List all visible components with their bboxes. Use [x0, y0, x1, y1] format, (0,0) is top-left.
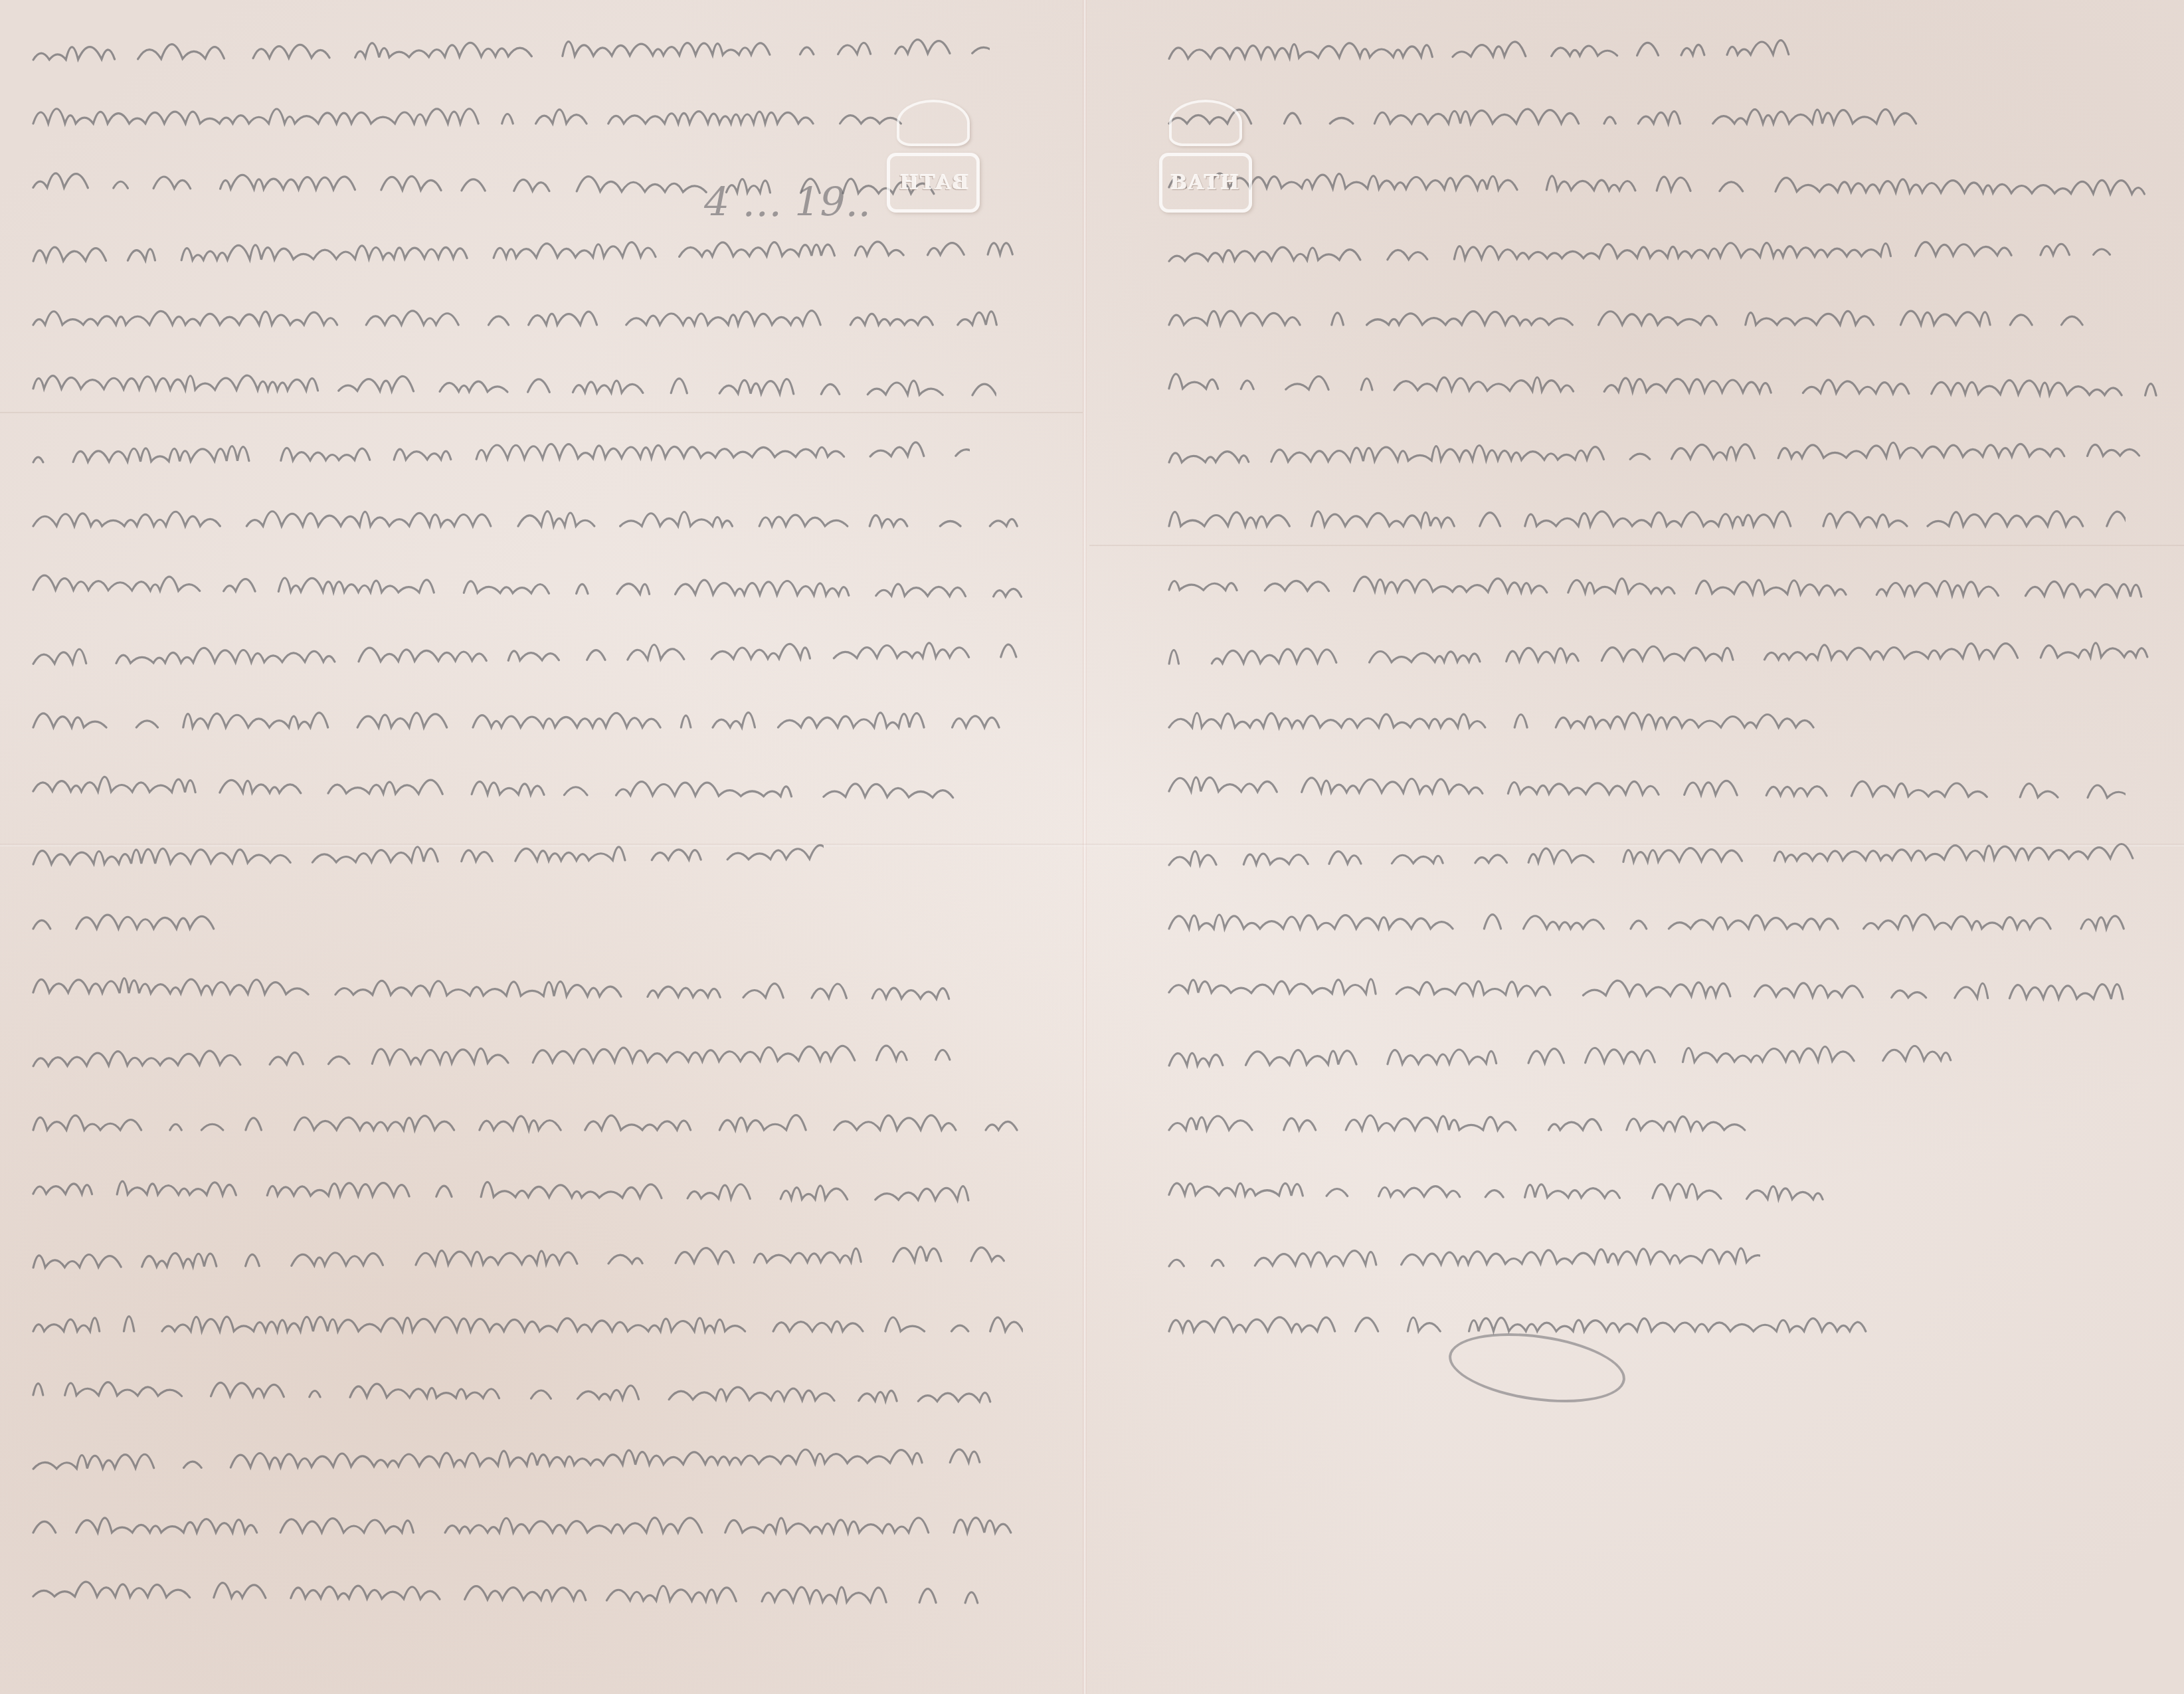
- handwritten-line: line 10: [1162, 627, 2159, 680]
- handwritten-line: line 3: [1162, 157, 2145, 211]
- handwritten-line: line 15: [27, 963, 990, 1016]
- handwritten-line: line 17: [1162, 1100, 1760, 1147]
- handwritten-line: line 2 (contains date fragment): [27, 94, 903, 140]
- handwritten-line: line 14: [1162, 899, 2126, 945]
- handwritten-line: line 15: [1162, 963, 2145, 1016]
- embossed-stamp: BATH: [1156, 100, 1255, 233]
- handwritten-line: line 8: [27, 496, 1030, 543]
- handwritten-line: line 12: [1162, 761, 2126, 814]
- handwritten-line: line 6: [1162, 359, 2159, 412]
- center-fold: [1083, 0, 1087, 1694]
- handwritten-line: line 7: [27, 426, 970, 479]
- handwritten-line: line 9: [1162, 560, 2145, 613]
- crown-icon: [1169, 100, 1242, 146]
- stamp-text: BATH: [898, 171, 968, 195]
- handwritten-line: line 12: [27, 761, 990, 814]
- handwritten-line: line 2: [1162, 94, 1926, 140]
- right-page: line 1line 2line 3line 4line 5line 6line…: [1089, 0, 2184, 1694]
- handwritten-line: line 16: [1162, 1030, 1959, 1082]
- handwritten-line: line 14: [27, 899, 226, 945]
- handwritten-line: line 16: [27, 1030, 956, 1083]
- handwritten-line: line 10: [27, 627, 1036, 681]
- handwritten-line: line 11: [1162, 698, 1827, 744]
- handwritten-line: line 11: [27, 698, 1010, 744]
- handwritten-line: line 1: [1162, 25, 1827, 76]
- handwritten-line: line 20: [27, 1301, 1023, 1348]
- handwritten-line: line 13: [27, 829, 824, 881]
- stamp-text: BATH: [1170, 171, 1241, 195]
- handwritten-line: line 23: [27, 1503, 1023, 1549]
- handwritten-line: line 21: [27, 1365, 1003, 1418]
- handwritten-line: line 17: [27, 1100, 1023, 1147]
- handwritten-line: line 6: [27, 359, 996, 412]
- handwritten-line: line 5: [27, 295, 1010, 341]
- handwritten-line: line 7: [1162, 426, 2145, 479]
- left-page: line 1 (illegible Kurrent)line 2 (contai…: [0, 0, 1083, 1694]
- handwritten-line: line 9: [27, 560, 1023, 613]
- handwritten-line: line 18: [27, 1164, 990, 1217]
- handwritten-line: line 4: [27, 225, 1023, 278]
- handwritten-line: line 18: [1162, 1165, 1827, 1216]
- embossed-stamp-mirrored: BATH: [883, 100, 983, 233]
- handwritten-line: line 1 (illegible Kurrent): [27, 23, 990, 76]
- crown-icon: [897, 100, 970, 146]
- handwritten-line: line 4: [1162, 225, 2145, 278]
- handwritten-line: line 5: [1162, 295, 2092, 341]
- handwritten-line: line 24: [27, 1566, 990, 1620]
- handwritten-line: line 19 (closing): [1162, 1232, 1760, 1283]
- date-fragment: 4 … 19..: [704, 179, 871, 226]
- handwritten-line: line 13: [1162, 828, 2145, 882]
- handwritten-line: line 19: [27, 1231, 1010, 1284]
- handwritten-line: line 8: [1162, 496, 2126, 543]
- handwritten-line: line 22: [27, 1432, 1010, 1485]
